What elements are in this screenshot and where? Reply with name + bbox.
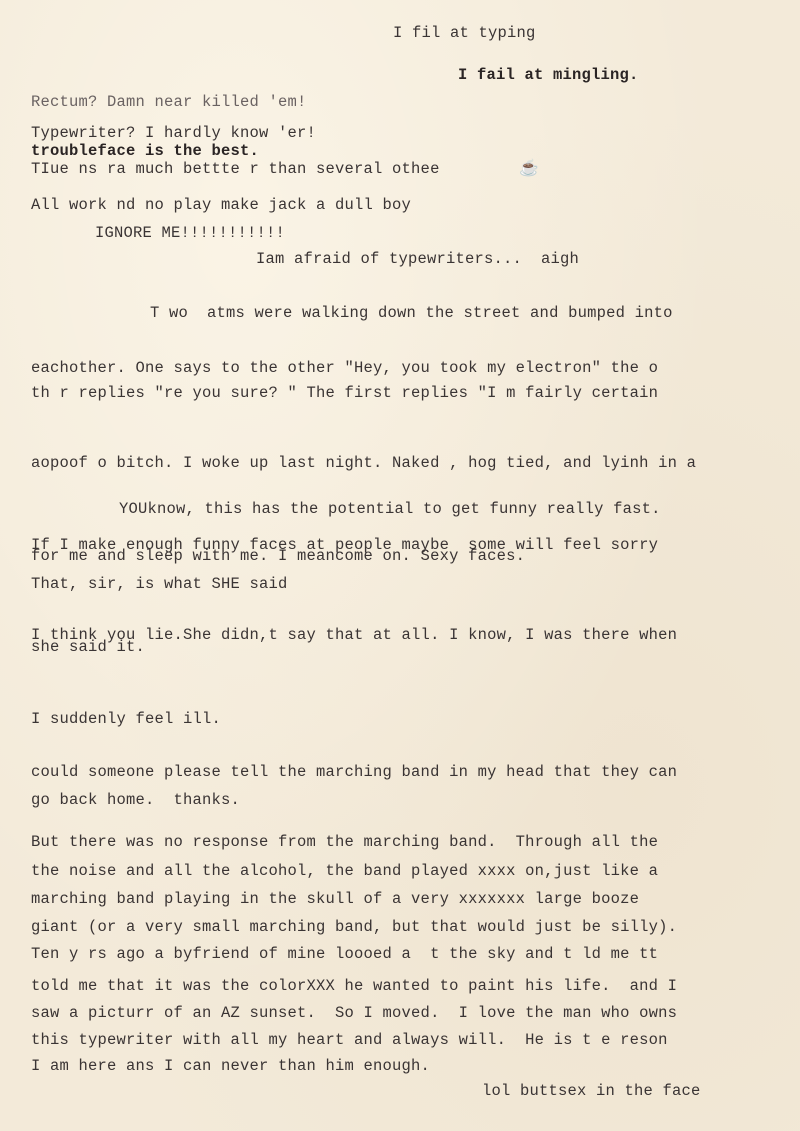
text-line: IGNORE ME!!!!!!!!!!! <box>95 226 285 242</box>
text-line: Typewriter? I hardly know 'er! <box>31 126 316 142</box>
text-line: Ten y rs ago a byfriend of mine loooed a… <box>31 947 658 963</box>
text-line: she said it. <box>31 640 145 656</box>
text-line: giant (or a very small marching band, bu… <box>31 920 677 936</box>
text-line: All work nd no play make jack a dull boy <box>31 198 411 214</box>
text-line: for me and sleep with me. I meancome on.… <box>31 549 525 565</box>
text-line: could someone please tell the marching b… <box>31 765 677 781</box>
text-line: marching band playing in the skull of a … <box>31 892 639 908</box>
text-line: That, sir, is what SHE said <box>31 577 288 593</box>
text-line: T wo atms were walking down the street a… <box>150 306 673 322</box>
teapot-icon: ☕ <box>519 158 539 178</box>
typewritten-page: I fil at typing I fail at mingling. Rect… <box>0 0 800 1131</box>
text-line: this typewriter with all my heart and al… <box>31 1033 668 1049</box>
text-line: saw a picturr of an AZ sunset. So I move… <box>31 1006 677 1022</box>
text-line: aopoof o bitch. I woke up last night. Na… <box>31 456 696 472</box>
text-line: Rectum? Damn near killed 'em! <box>31 95 307 111</box>
text-line: TIue ns ra much bettte r than several ot… <box>31 162 440 178</box>
text-line: the noise and all the alcohol, the band … <box>31 864 658 880</box>
text-line: go back home. thanks. <box>31 793 240 809</box>
text-line: I fail at mingling. <box>458 68 639 84</box>
text-line: told me that it was the colorXXX he want… <box>31 979 677 995</box>
text-line: YOUknow, this has the potential to get f… <box>119 502 661 518</box>
text-line: th r replies "re you sure? " The first r… <box>31 386 658 402</box>
text-line: But there was no response from the march… <box>31 835 658 851</box>
text-line: I fil at typing <box>393 26 536 42</box>
text-line: troubleface is the best. <box>31 144 259 160</box>
text-line: I suddenly feel ill. <box>31 712 221 728</box>
text-line: I am here ans I can never than him enoug… <box>31 1059 430 1075</box>
text-line: eachother. One says to the other "Hey, y… <box>31 361 658 377</box>
text-line: lol buttsex in the face <box>482 1084 701 1100</box>
text-line: Iam afraid of typewriters... aigh <box>256 252 579 268</box>
